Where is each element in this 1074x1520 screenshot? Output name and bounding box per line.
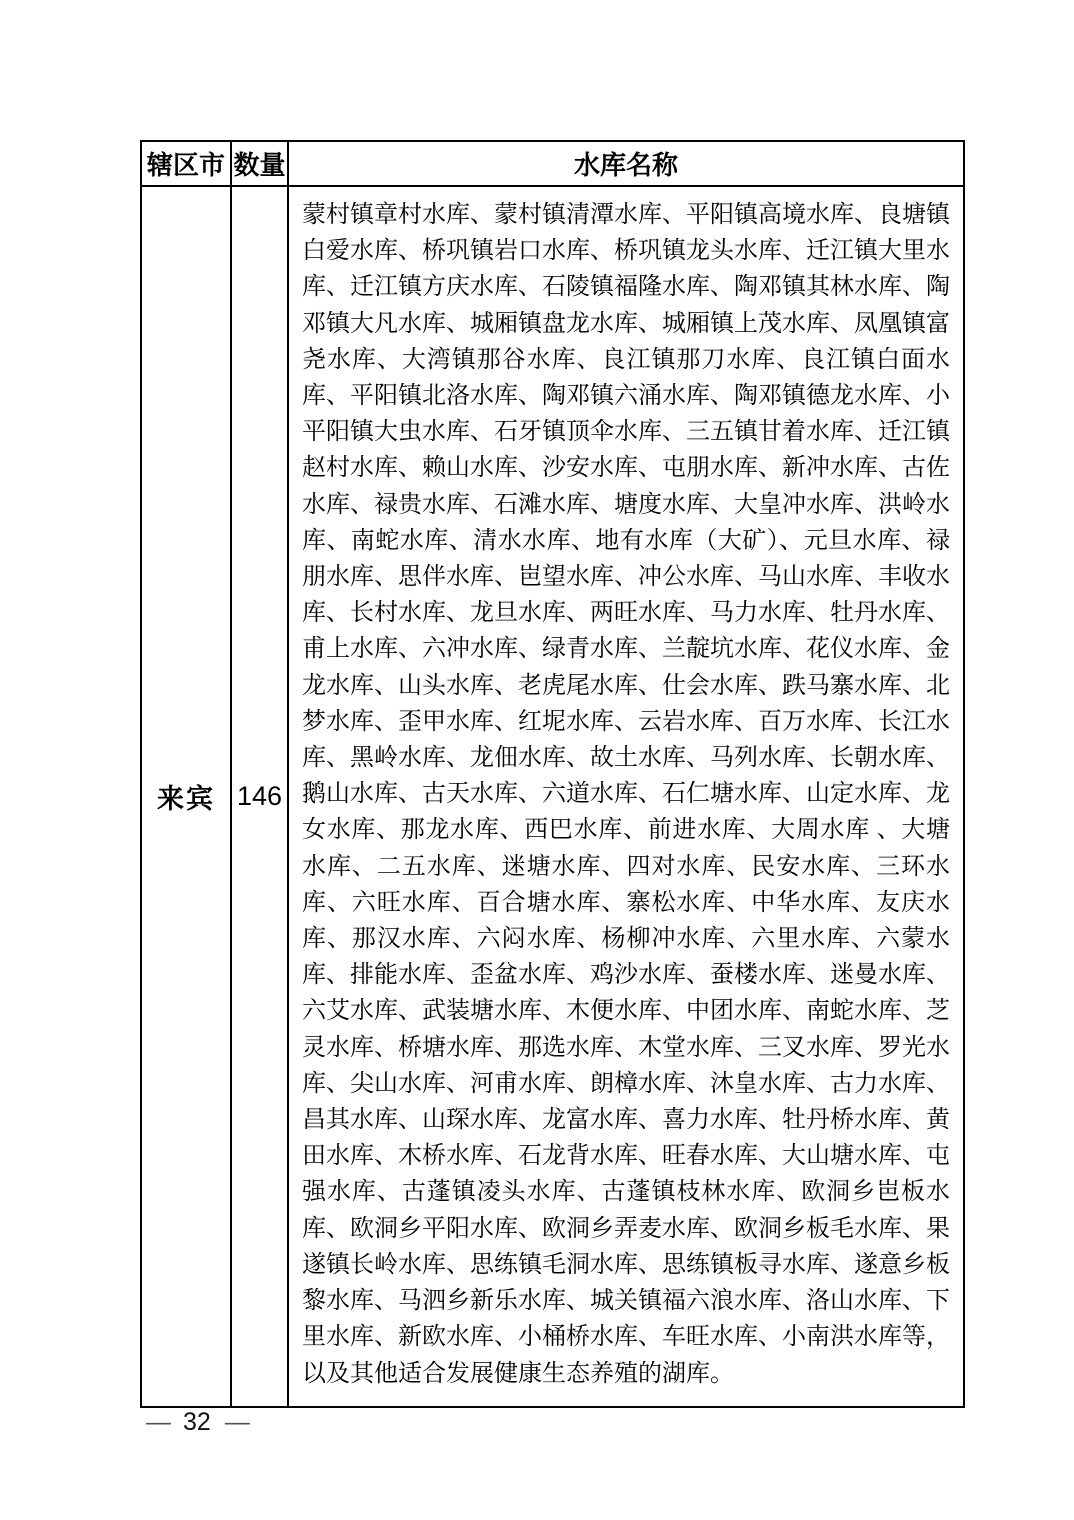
- footer-dash-right: —: [225, 1408, 248, 1437]
- page-footer: — 32 —: [146, 1408, 248, 1437]
- header-reservoir-names: 水库名称: [288, 141, 964, 186]
- city-cell: 来宾: [141, 186, 231, 1407]
- reservoir-table: 辖区市 数量 水库名称 来宾 146 蒙村镇章村水库、蒙村镇清潭水库、平阳镇高境…: [140, 140, 965, 1408]
- footer-dash-left: —: [146, 1408, 169, 1437]
- page-number: 32: [183, 1408, 211, 1437]
- document-page: 辖区市 数量 水库名称 来宾 146 蒙村镇章村水库、蒙村镇清潭水库、平阳镇高境…: [0, 0, 1074, 1520]
- header-quantity: 数量: [231, 141, 288, 186]
- table-header-row: 辖区市 数量 水库名称: [141, 141, 964, 186]
- table-row: 来宾 146 蒙村镇章村水库、蒙村镇清潭水库、平阳镇高境水库、良塘镇白爱水库、桥…: [141, 186, 964, 1407]
- header-jurisdiction-city: 辖区市: [141, 141, 231, 186]
- reservoir-names-cell: 蒙村镇章村水库、蒙村镇清潭水库、平阳镇高境水库、良塘镇白爱水库、桥巩镇岩口水库、…: [288, 186, 964, 1407]
- count-cell: 146: [231, 186, 288, 1407]
